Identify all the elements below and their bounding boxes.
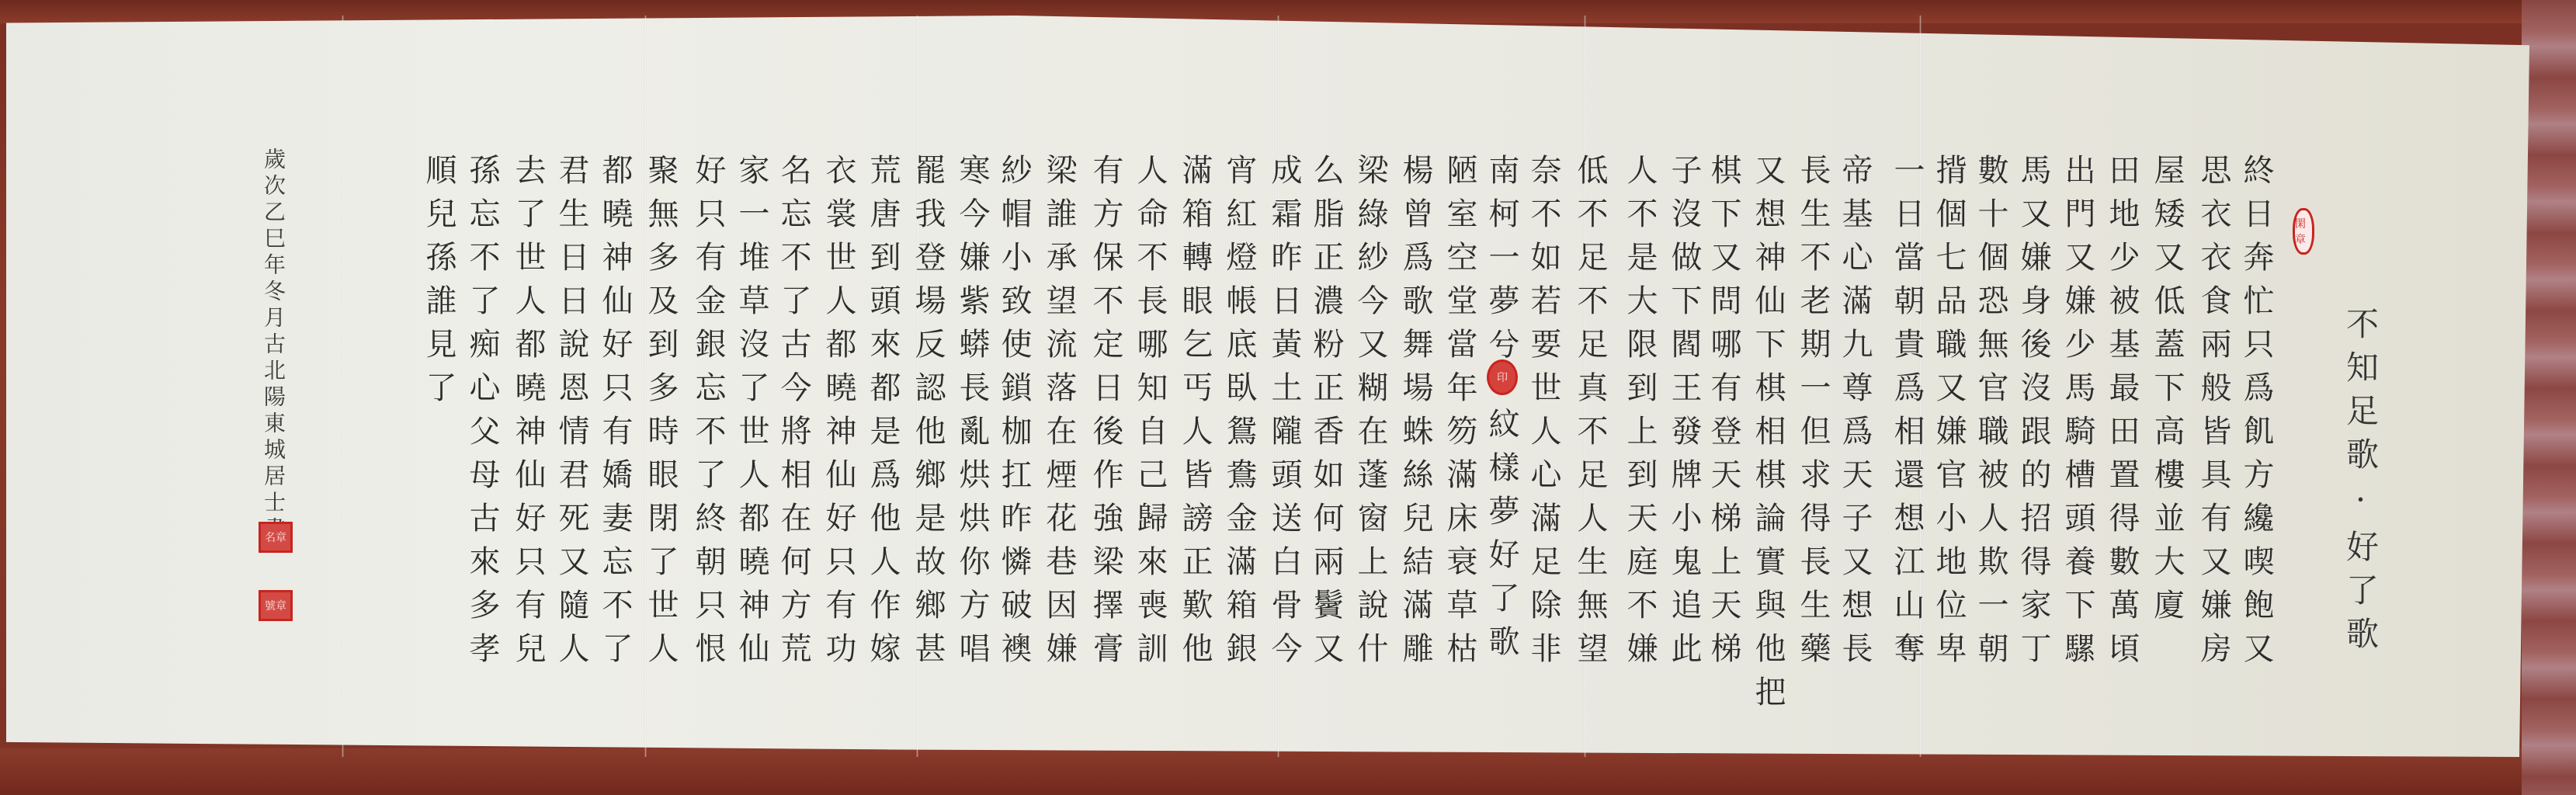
poem-column: 長生不老期一但求得長生藥	[1797, 154, 1828, 675]
seal-square-studio: 號章	[259, 590, 293, 621]
poem-column: 順兒孫誰見了	[423, 154, 454, 415]
paper-fold-line	[342, 16, 344, 757]
poem-column: 宵紅燈帳底臥鴛鴦金滿箱銀	[1224, 154, 1255, 675]
poem-column: 一日當朝貴爲相還想江山奪	[1891, 154, 1922, 675]
poem-column: 梁綠紗今又糊在蓬窗上說什	[1355, 154, 1386, 675]
seal-square-name: 名章	[259, 522, 293, 553]
poem-column: 名忘不了古今將相在何方荒	[778, 154, 809, 675]
poem-column: 棋下又問哪有登天梯上天梯	[1708, 154, 1739, 675]
poem-column: 出門又嫌少馬騎槽頭養下騾	[2062, 154, 2093, 675]
poem-column: 君生日日說恩情君死又隨人	[556, 154, 587, 675]
poem-column: 馬又嫌身後沒跟的招得家丁	[2018, 154, 2049, 675]
poem-title: 不知足歌·好了歌	[2344, 307, 2376, 660]
poem-column: 子沒做下閻王發牌小鬼追此	[1668, 154, 1699, 675]
poem-column: 梁誰承望流落在煙花巷因嫌	[1043, 154, 1074, 675]
poem-column: 楊曾爲歌舞場蛛絲兒結滿雕	[1400, 154, 1431, 675]
poem-column: 南柯一夢兮	[1486, 154, 1517, 371]
poem-column: 荒唐到頭來都是爲他人作嫁	[867, 154, 898, 675]
poem-column: 奈不如若要世人心滿足除非	[1528, 154, 1559, 675]
wood-background-top	[0, 0, 2576, 23]
poem-column: 田地少被基最田置得數萬頃	[2106, 154, 2137, 675]
poem-column: 有方保不定日後作強梁擇膏	[1090, 154, 1121, 675]
poem-column: 孫忘不了痴心父母古來多孝	[467, 154, 498, 675]
poem-column: 思衣衣食兩般皆具有又嫌房	[2198, 154, 2229, 675]
poem-column: 成霜昨日黃土隴頭送白骨今	[1269, 154, 1300, 675]
poem-column: 屋矮又低蓋下高樓並大廈	[2151, 154, 2182, 632]
artist-inscription: 歲次乙巳年冬月古北陽東城居士書	[262, 148, 284, 543]
wood-background-right	[2522, 0, 2576, 795]
poem-column: 去了世人都曉神仙好只有兒	[512, 154, 543, 675]
poem-column: 么脂正濃粉正香如何兩鬢又	[1311, 154, 1342, 675]
poem-column: 數十個恐無官職被人欺一朝	[1975, 154, 2006, 675]
poem-column: 衣裳世人都曉神仙好只有功	[823, 154, 854, 675]
poem-column: 揹個七品職又嫌官小地位卑	[1933, 154, 1964, 675]
poem-column: 人命不長哪知自己歸來喪訓	[1134, 154, 1165, 675]
poem-column: 終日奔忙只爲飢方纔喫飽又	[2241, 154, 2272, 675]
seal-round-mid: 印	[1487, 359, 1518, 395]
poem-column: 陋室空堂當年笏滿床衰草枯	[1444, 154, 1475, 675]
poem-column: 家一堆草沒了世人都曉神仙	[736, 154, 767, 675]
poem-column: 聚無多及到多時眼閉了世人	[645, 154, 676, 675]
poem-column: 人不是大限到上到天庭不嫌	[1624, 154, 1655, 675]
poem-column: 好只有金銀忘不了終朝只恨	[693, 154, 724, 675]
poem-column: 紋樣夢好了歌	[1486, 408, 1517, 668]
poem-column: 低不足不足真不足人生無望	[1574, 154, 1606, 675]
poem-column: 都曉神仙好只有嬌妻忘不了	[599, 154, 630, 675]
poem-column: 滿箱轉眼乞丐人皆謗正歎他	[1179, 154, 1210, 675]
poem-column: 罷我登場反認他鄉是故鄉甚	[912, 154, 943, 675]
poem-column: 紗帽小致使鎖枷扛昨憐破襖	[998, 154, 1029, 675]
poem-column: 寒今嫌紫蟒長亂烘烘你方唱	[956, 154, 988, 675]
seal-oval-leading: 閑章	[2293, 208, 2314, 255]
poem-column: 又想神仙下棋相棋論實與他把	[1752, 154, 1783, 719]
poem-column: 帝基心滿九尊爲天子又想長	[1839, 154, 1870, 675]
